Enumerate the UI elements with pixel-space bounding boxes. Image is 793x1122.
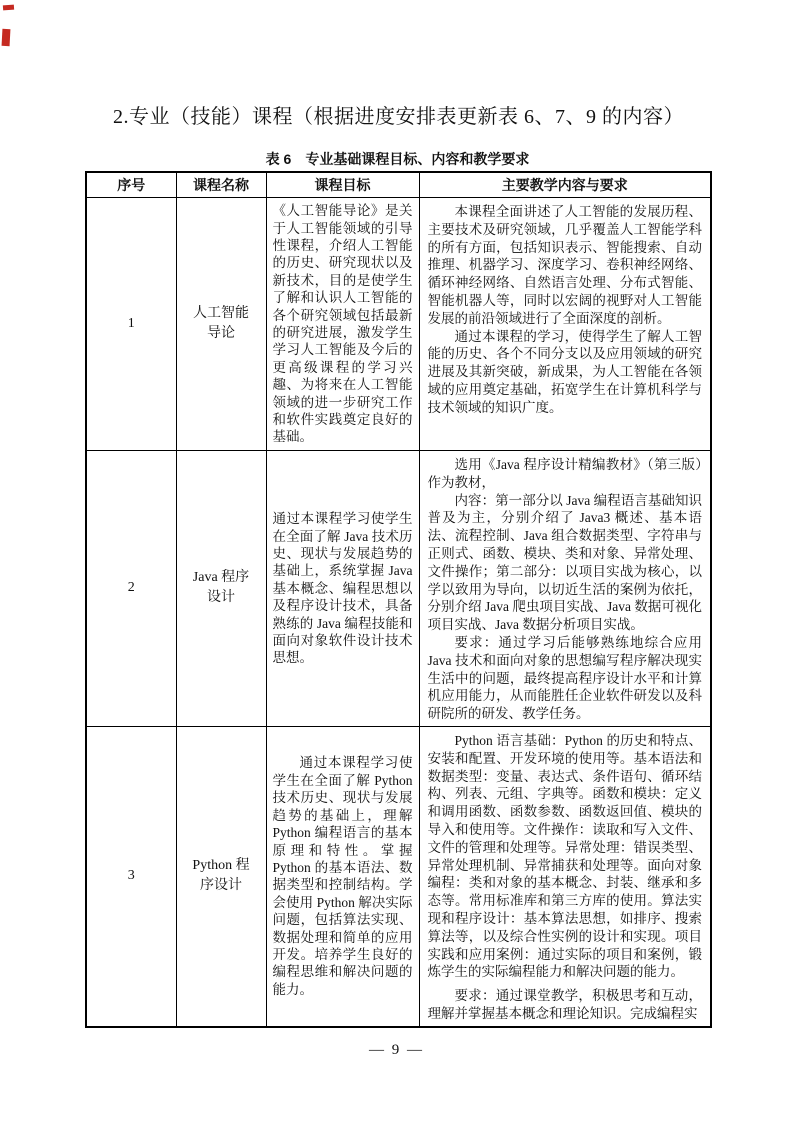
row3-teaching-content: Python 语言基础：Python 的历史和特点、安装和配置、开发环境的使用等… bbox=[419, 726, 711, 1026]
content-paragraph: Python 语言基础：Python 的历史和特点、安装和配置、开发环境的使用等… bbox=[428, 732, 703, 981]
course-name-line: 导论 bbox=[179, 324, 264, 344]
course-name-line: Python 程 bbox=[179, 856, 264, 876]
row3-course-goal: 通过本课程学习使学生在全面了解 Python 技术历史、现状与发展趋势的基础上，… bbox=[266, 726, 419, 1026]
row2-course-goal: 通过本课程学习使学生在全面了解 Java 技术历史、现状与发展趋势的基础上，系统… bbox=[266, 451, 419, 727]
course-name-line: Java 程序 bbox=[179, 568, 264, 588]
table-header-row: 序号 课程名称 课程目标 主要教学内容与要求 bbox=[86, 172, 711, 198]
goal-paragraph: 通过本课程学习使学生在全面了解 Java 技术历史、现状与发展趋势的基础上，系统… bbox=[273, 510, 413, 667]
row3-seq: 3 bbox=[86, 726, 176, 1026]
header-course-name: 课程名称 bbox=[176, 172, 266, 198]
row3-course-name: Python 程 序设计 bbox=[176, 726, 266, 1026]
goal-paragraph: 《人工智能导论》是关于人工智能领域的引导性课程，介绍人工智能的历史、研究现状以及… bbox=[273, 202, 413, 446]
section-heading: 2.专业（技能）课程（根据进度安排表更新表 6、7、9 的内容） bbox=[113, 100, 753, 129]
content-paragraph: 通过本课程的学习，使得学生了解人工智能的历史、各个不同分支以及应用领域的研究进展… bbox=[428, 328, 703, 417]
content-paragraph: 要求：通过学习后能够熟练地综合应用 Java 技术和面向对象的思想编写程序解决现… bbox=[428, 634, 703, 723]
header-teaching-content: 主要教学内容与要求 bbox=[419, 172, 711, 198]
course-name-line: 设计 bbox=[179, 588, 264, 608]
row2-teaching-content: 选用《Java 程序设计精编教材》（第三版）作为教材， 内容：第一部分以 Jav… bbox=[419, 451, 711, 727]
red-annotation-mark-1 bbox=[3, 5, 14, 11]
content-paragraph: 本课程全面讲述了人工智能的发展历程、主要技术及研究领域，几乎覆盖人工智能学科的所… bbox=[428, 203, 703, 328]
row1-teaching-content: 本课程全面讲述了人工智能的发展历程、主要技术及研究领域，几乎覆盖人工智能学科的所… bbox=[419, 198, 711, 451]
header-seq: 序号 bbox=[86, 172, 176, 198]
table-row: 2 Java 程序 设计 通过本课程学习使学生在全面了解 Java 技术历史、现… bbox=[86, 451, 711, 727]
course-name-line: 序设计 bbox=[179, 876, 264, 896]
document-page: 2.专业（技能）课程（根据进度安排表更新表 6、7、9 的内容） 表 6 专业基… bbox=[0, 0, 793, 1122]
course-name-line: 人工智能 bbox=[179, 304, 264, 324]
red-annotation-mark-2 bbox=[2, 29, 11, 46]
content-paragraph: 要求：通过课堂教学，积极思考和互动，理解并掌握基本概念和理论知识。完成编程实 bbox=[428, 987, 703, 1023]
goal-paragraph: 通过本课程学习使学生在全面了解 Python 技术历史、现状与发展趋势的基础上，… bbox=[273, 754, 413, 998]
page-number: — 9 — bbox=[0, 1042, 793, 1059]
content-paragraph: 内容：第一部分以 Java 编程语言基础知识普及为主，分别介绍了 Java3 概… bbox=[428, 492, 703, 634]
row1-seq: 1 bbox=[86, 198, 176, 451]
course-table: 序号 课程名称 课程目标 主要教学内容与要求 1 人工智能 导论 《人工智能导论… bbox=[85, 171, 712, 1028]
row1-course-name: 人工智能 导论 bbox=[176, 198, 266, 451]
content-paragraph: 选用《Java 程序设计精编教材》（第三版）作为教材， bbox=[428, 456, 703, 492]
row1-course-goal: 《人工智能导论》是关于人工智能领域的引导性课程，介绍人工智能的历史、研究现状以及… bbox=[266, 198, 419, 451]
row2-course-name: Java 程序 设计 bbox=[176, 451, 266, 727]
header-course-goal: 课程目标 bbox=[266, 172, 419, 198]
row2-seq: 2 bbox=[86, 451, 176, 727]
table-row: 3 Python 程 序设计 通过本课程学习使学生在全面了解 Python 技术… bbox=[86, 726, 711, 1026]
table-caption: 表 6 专业基础课程目标、内容和教学要求 bbox=[85, 149, 710, 169]
table-row: 1 人工智能 导论 《人工智能导论》是关于人工智能领域的引导性课程，介绍人工智能… bbox=[86, 198, 711, 451]
